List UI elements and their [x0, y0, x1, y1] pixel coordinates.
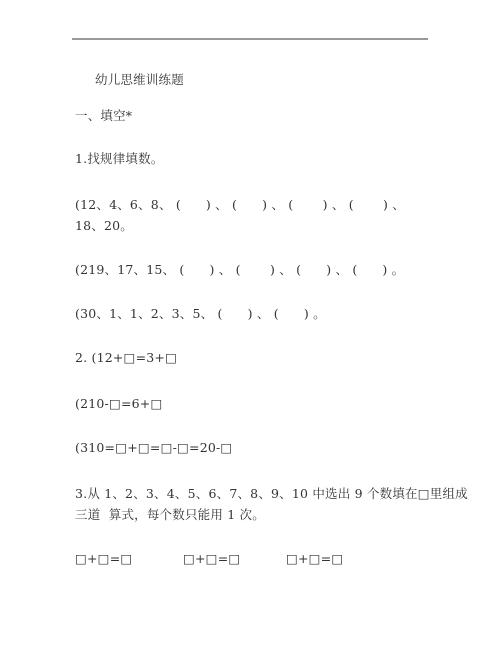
document-title: 幼儿思维训练题: [95, 72, 184, 88]
question-3-text: 3.从 1、2、3、4、5、6、7、8、9、10 中选出 9 个数填在□里组成: [75, 486, 468, 502]
question-1-sequence-3: (30、1、1、2、3、5、 ( ) 、 ( ) 。: [75, 306, 326, 322]
question-3-text-cont: 三道 算式，每个数只能用 1 次。: [75, 507, 265, 523]
question-1-sequence-1: (12、4、6、8、 ( ) 、 ( ) 、 ( ) 、 ( ) 、: [75, 197, 405, 213]
question-2-equation-3: (310=□+□=□-□=20-□: [75, 440, 232, 456]
question-1-sequence-2: (219、17、15、 ( ) 、 ( ) 、 ( ) 、 ( ) 。: [75, 262, 404, 278]
question-2-equation-1: 2. (12+□=3+□: [75, 350, 177, 366]
question-1-sequence-1-cont: 18、20。: [75, 218, 133, 234]
question-2-equation-2: (210-□=6+□: [75, 396, 162, 412]
section-heading: 一、填空*: [75, 108, 132, 124]
question-3-equation-1: □+□=□: [75, 551, 132, 567]
question-3-equation-3: □+□=□: [286, 551, 343, 567]
question-3-equation-2: □+□=□: [183, 551, 240, 567]
header-rule: [72, 38, 428, 40]
question-1-heading: 1.找规律填数。: [75, 151, 164, 167]
